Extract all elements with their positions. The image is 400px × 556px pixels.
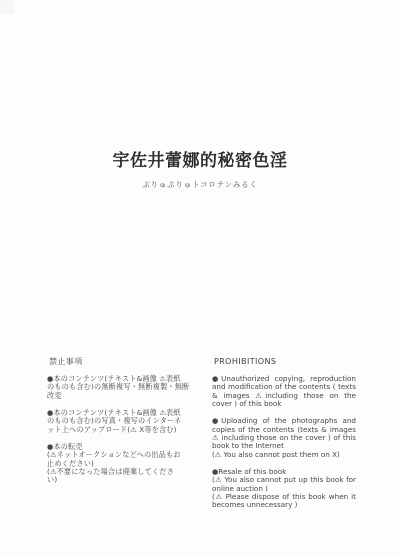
page-title: 宇佐井蕾娜的秘密色淫 — [0, 151, 400, 171]
prohibition-note: (⚠ You also cannot put up this book for … — [212, 476, 356, 493]
prohibition-text: ●Uploading of the photographs and copies… — [212, 417, 356, 450]
en-prohibition-item-uploading: ●Uploading of the photographs and copies… — [212, 417, 356, 459]
english-heading: PROHIBITIONS — [214, 357, 356, 366]
prohibitions-section: 禁止事項 ●本のコンテンツ(テキスト&画像 ⚠表紙 のものも含む)の無断複写・無… — [47, 357, 356, 519]
en-prohibition-item-resale: ●Resale of this book (⚠ You also cannot … — [212, 468, 356, 510]
prohibition-note: (⚠ Please dispose of this book when it b… — [212, 493, 356, 510]
jp-prohibition-item-uploading: ●本のコンテンツ(テキスト&画像 ⚠表紙 のものも含む)の写真・複写のインターネ… — [47, 409, 194, 434]
prohibition-text: ●Unauthorized copying, reproduction and … — [212, 375, 356, 408]
japanese-heading: 禁止事項 — [49, 357, 194, 366]
prohibition-note: (⚠ You also cannot post them on X) — [212, 451, 356, 459]
prohibitions-english-column: PROHIBITIONS ●Unauthorized copying, repr… — [212, 357, 356, 519]
jp-prohibition-item-resale: ●本の転売 (⚠ネットオークションなどへの出品もお 止めください) (⚠不要にな… — [47, 443, 194, 485]
scan-corner-artifact — [0, 0, 14, 14]
title-block: 宇佐井蕾娜的秘密色淫 ぷりゅぷりゅトコロテンみるく — [0, 151, 400, 190]
prohibitions-japanese-column: 禁止事項 ●本のコンテンツ(テキスト&画像 ⚠表紙 のものも含む)の無断複写・無… — [47, 357, 194, 519]
page-subtitle: ぷりゅぷりゅトコロテンみるく — [0, 179, 400, 190]
en-prohibition-item-copying: ●Unauthorized copying, reproduction and … — [212, 375, 356, 408]
jp-prohibition-item-copying: ●本のコンテンツ(テキスト&画像 ⚠表紙 のものも含む)の無断複写・無断複製・無… — [47, 375, 194, 400]
